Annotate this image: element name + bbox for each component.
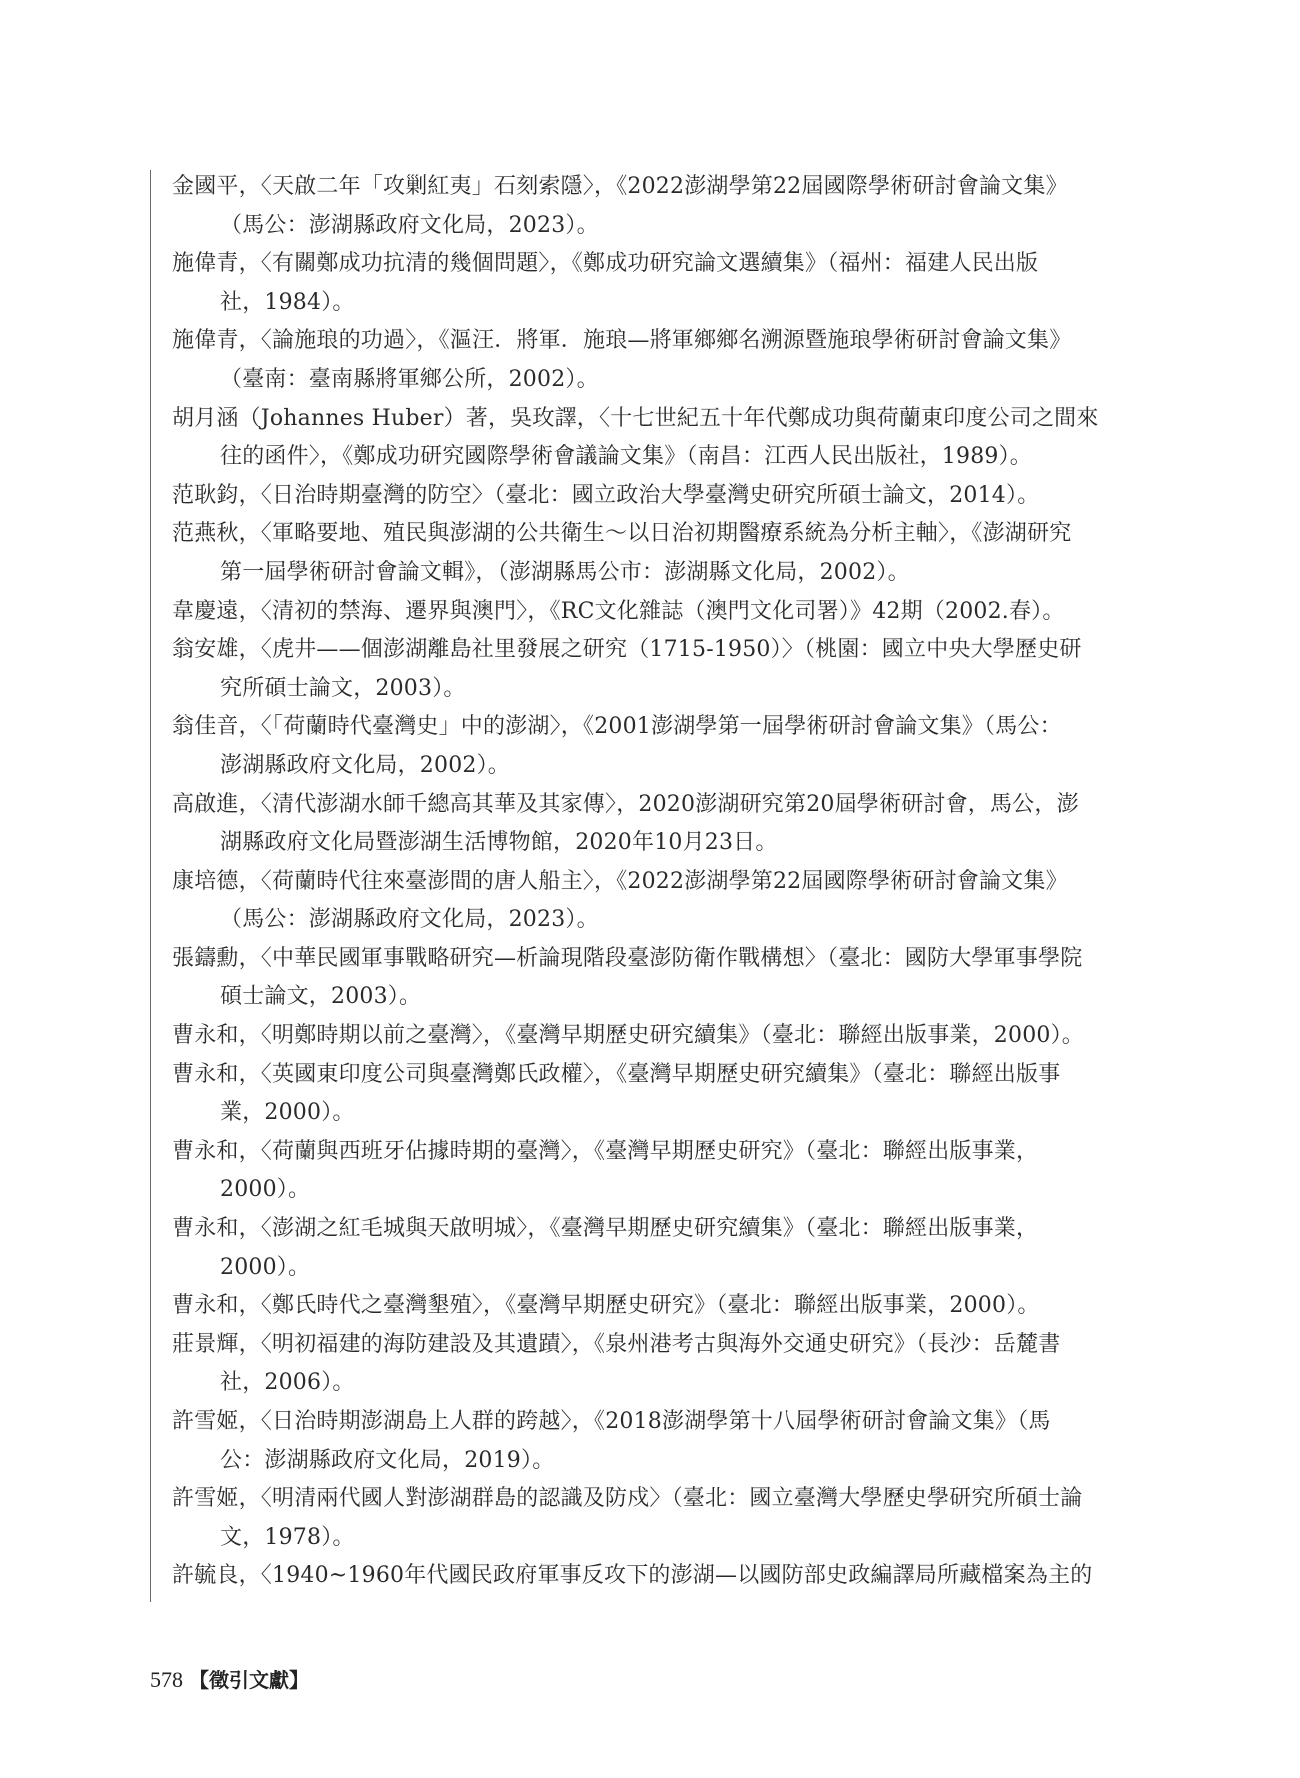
entry-continuation-line: 第一屆學術研討會論文輯》，（澎湖縣馬公市：澎湖縣文化局，2002）。 [172,554,1130,593]
entry-first-line: 范耿鈞，〈日治時期臺灣的防空〉（臺北：國立政治大學臺灣史研究所碩士論文，2014… [172,477,1130,516]
bibliography-entry: 施偉青，〈有關鄭成功抗清的幾個問題〉，《鄭成功研究論文選續集》（福州：福建人民出… [172,245,1130,322]
entry-continuation-line: 2000）。 [172,1171,1130,1210]
bibliography-entry: 許雪姬，〈日治時期澎湖島上人群的跨越〉，《2018澎湖學第十八屆學術研討會論文集… [172,1403,1130,1480]
section-label: 【徵引文獻】 [189,1668,309,1692]
entry-first-line: 曹永和，〈荷蘭與西班牙佔據時期的臺灣〉，《臺灣早期歷史研究》（臺北：聯經出版事業… [172,1133,1130,1172]
entry-first-line: 許雪姬，〈日治時期澎湖島上人群的跨越〉，《2018澎湖學第十八屆學術研討會論文集… [172,1403,1130,1442]
bibliography-entry: 高啟進，〈清代澎湖水師千總高其華及其家傳〉，2020澎湖研究第20屆學術研討會，… [172,786,1130,863]
entry-first-line: 曹永和，〈澎湖之紅毛城與天啟明城〉，《臺灣早期歷史研究續集》（臺北：聯經出版事業… [172,1210,1130,1249]
bibliography-list: 金國平，〈天啟二年「攻剿紅夷」石刻索隱〉，《2022澎湖學第22屆國際學術研討會… [172,168,1130,1596]
entry-first-line: 金國平，〈天啟二年「攻剿紅夷」石刻索隱〉，《2022澎湖學第22屆國際學術研討會… [172,168,1130,207]
bibliography-entry: 康培德，〈荷蘭時代往來臺澎間的唐人船主〉，《2022澎湖學第22屆國際學術研討會… [172,863,1130,940]
entry-continuation-line: 2000）。 [172,1249,1130,1288]
bibliography-entry: 曹永和，〈明鄭時期以前之臺灣〉，《臺灣早期歷史研究續集》（臺北：聯經出版事業，2… [172,1017,1130,1056]
entry-continuation-line: 碩士論文，2003）。 [172,978,1130,1017]
entry-first-line: 莊景輝，〈明初福建的海防建設及其遺蹟〉，《泉州港考古與海外交通史研究》（長沙：岳… [172,1326,1130,1365]
bibliography-entry: 曹永和，〈鄭氏時代之臺灣墾殖〉，《臺灣早期歷史研究》（臺北：聯經出版事業，200… [172,1287,1130,1326]
entry-first-line: 翁佳音，〈「荷蘭時代臺灣史」中的澎湖〉，《2001澎湖學第一屆學術研討會論文集》… [172,708,1130,747]
bibliography-entry: 韋慶遠，〈清初的禁海、遷界與澳門〉，《RC文化雜誌（澳門文化司署）》42期（20… [172,593,1130,632]
bibliography-entry: 翁安雄，〈虎井——個澎湖離島社里發展之研究（1715-1950）〉（桃園：國立中… [172,631,1130,708]
page-number: 578 [150,1667,183,1692]
entry-first-line: 曹永和，〈英國東印度公司與臺灣鄭氏政權〉，《臺灣早期歷史研究續集》（臺北：聯經出… [172,1056,1130,1095]
bibliography-entry: 曹永和，〈澎湖之紅毛城與天啟明城〉，《臺灣早期歷史研究續集》（臺北：聯經出版事業… [172,1210,1130,1287]
entry-continuation-line: 社，2006）。 [172,1364,1130,1403]
margin-rule [150,170,151,1602]
bibliography-entry: 范耿鈞，〈日治時期臺灣的防空〉（臺北：國立政治大學臺灣史研究所碩士論文，2014… [172,477,1130,516]
bibliography-entry: 金國平，〈天啟二年「攻剿紅夷」石刻索隱〉，《2022澎湖學第22屆國際學術研討會… [172,168,1130,245]
bibliography-entry: 張鑄勳，〈中華民國軍事戰略研究—析論現階段臺澎防衛作戰構想〉（臺北：國防大學軍事… [172,940,1130,1017]
entry-first-line: 施偉青，〈有關鄭成功抗清的幾個問題〉，《鄭成功研究論文選續集》（福州：福建人民出… [172,245,1130,284]
bibliography-entry: 許雪姬，〈明清兩代國人對澎湖群島的認識及防戍〉（臺北：國立臺灣大學歷史學研究所碩… [172,1480,1130,1557]
entry-continuation-line: 文，1978）。 [172,1519,1130,1558]
bibliography-entry: 胡月涵（Johannes Huber）著，吳玫譯，〈十七世紀五十年代鄭成功與荷蘭… [172,400,1130,477]
document-page: 金國平，〈天啟二年「攻剿紅夷」石刻索隱〉，《2022澎湖學第22屆國際學術研討會… [0,0,1300,1778]
entry-continuation-line: 往的函件〉，《鄭成功研究國際學術會議論文集》（南昌：江西人民出版社，1989）。 [172,438,1130,477]
entry-continuation-line: 業，2000）。 [172,1094,1130,1133]
entry-continuation-line: 究所碩士論文，2003）。 [172,670,1130,709]
entry-first-line: 康培德，〈荷蘭時代往來臺澎間的唐人船主〉，《2022澎湖學第22屆國際學術研討會… [172,863,1130,902]
entry-continuation-line: （馬公：澎湖縣政府文化局，2023）。 [172,207,1130,246]
entry-first-line: 翁安雄，〈虎井——個澎湖離島社里發展之研究（1715-1950）〉（桃園：國立中… [172,631,1130,670]
bibliography-entry: 曹永和，〈英國東印度公司與臺灣鄭氏政權〉，《臺灣早期歷史研究續集》（臺北：聯經出… [172,1056,1130,1133]
entry-first-line: 范燕秋，〈軍略要地、殖民與澎湖的公共衛生～以日治初期醫療系統為分析主軸〉，《澎湖… [172,515,1130,554]
entry-continuation-line: 社，1984）。 [172,284,1130,323]
entry-first-line: 曹永和，〈明鄭時期以前之臺灣〉，《臺灣早期歷史研究續集》（臺北：聯經出版事業，2… [172,1017,1130,1056]
entry-first-line: 高啟進，〈清代澎湖水師千總高其華及其家傳〉，2020澎湖研究第20屆學術研討會，… [172,786,1130,825]
bibliography-entry: 曹永和，〈荷蘭與西班牙佔據時期的臺灣〉，《臺灣早期歷史研究》（臺北：聯經出版事業… [172,1133,1130,1210]
entry-first-line: 施偉青，〈論施琅的功過〉，《漚汪．將軍．施琅—將軍鄉鄉名溯源暨施琅學術研討會論文… [172,322,1130,361]
entry-continuation-line: 公：澎湖縣政府文化局，2019）。 [172,1442,1130,1481]
entry-first-line: 張鑄勳，〈中華民國軍事戰略研究—析論現階段臺澎防衛作戰構想〉（臺北：國防大學軍事… [172,940,1130,979]
entry-continuation-line: （臺南：臺南縣將軍鄉公所，2002）。 [172,361,1130,400]
entry-first-line: 胡月涵（Johannes Huber）著，吳玫譯，〈十七世紀五十年代鄭成功與荷蘭… [172,400,1130,439]
bibliography-entry: 翁佳音，〈「荷蘭時代臺灣史」中的澎湖〉，《2001澎湖學第一屆學術研討會論文集》… [172,708,1130,785]
entry-continuation-line: （馬公：澎湖縣政府文化局，2023）。 [172,901,1130,940]
bibliography-entry: 施偉青，〈論施琅的功過〉，《漚汪．將軍．施琅—將軍鄉鄉名溯源暨施琅學術研討會論文… [172,322,1130,399]
entry-continuation-line: 湖縣政府文化局暨澎湖生活博物館，2020年10月23日。 [172,824,1130,863]
entry-first-line: 許毓良，〈1940~1960年代國民政府軍事反攻下的澎湖—以國防部史政編譯局所藏… [172,1557,1130,1596]
bibliography-entry: 范燕秋，〈軍略要地、殖民與澎湖的公共衛生～以日治初期醫療系統為分析主軸〉，《澎湖… [172,515,1130,592]
bibliography-entry: 莊景輝，〈明初福建的海防建設及其遺蹟〉，《泉州港考古與海外交通史研究》（長沙：岳… [172,1326,1130,1403]
entry-first-line: 韋慶遠，〈清初的禁海、遷界與澳門〉，《RC文化雜誌（澳門文化司署）》42期（20… [172,593,1130,632]
page-footer: 578【徵引文獻】 [150,1664,309,1693]
entry-first-line: 曹永和，〈鄭氏時代之臺灣墾殖〉，《臺灣早期歷史研究》（臺北：聯經出版事業，200… [172,1287,1130,1326]
entry-first-line: 許雪姬，〈明清兩代國人對澎湖群島的認識及防戍〉（臺北：國立臺灣大學歷史學研究所碩… [172,1480,1130,1519]
bibliography-entry: 許毓良，〈1940~1960年代國民政府軍事反攻下的澎湖—以國防部史政編譯局所藏… [172,1557,1130,1596]
entry-continuation-line: 澎湖縣政府文化局，2002）。 [172,747,1130,786]
